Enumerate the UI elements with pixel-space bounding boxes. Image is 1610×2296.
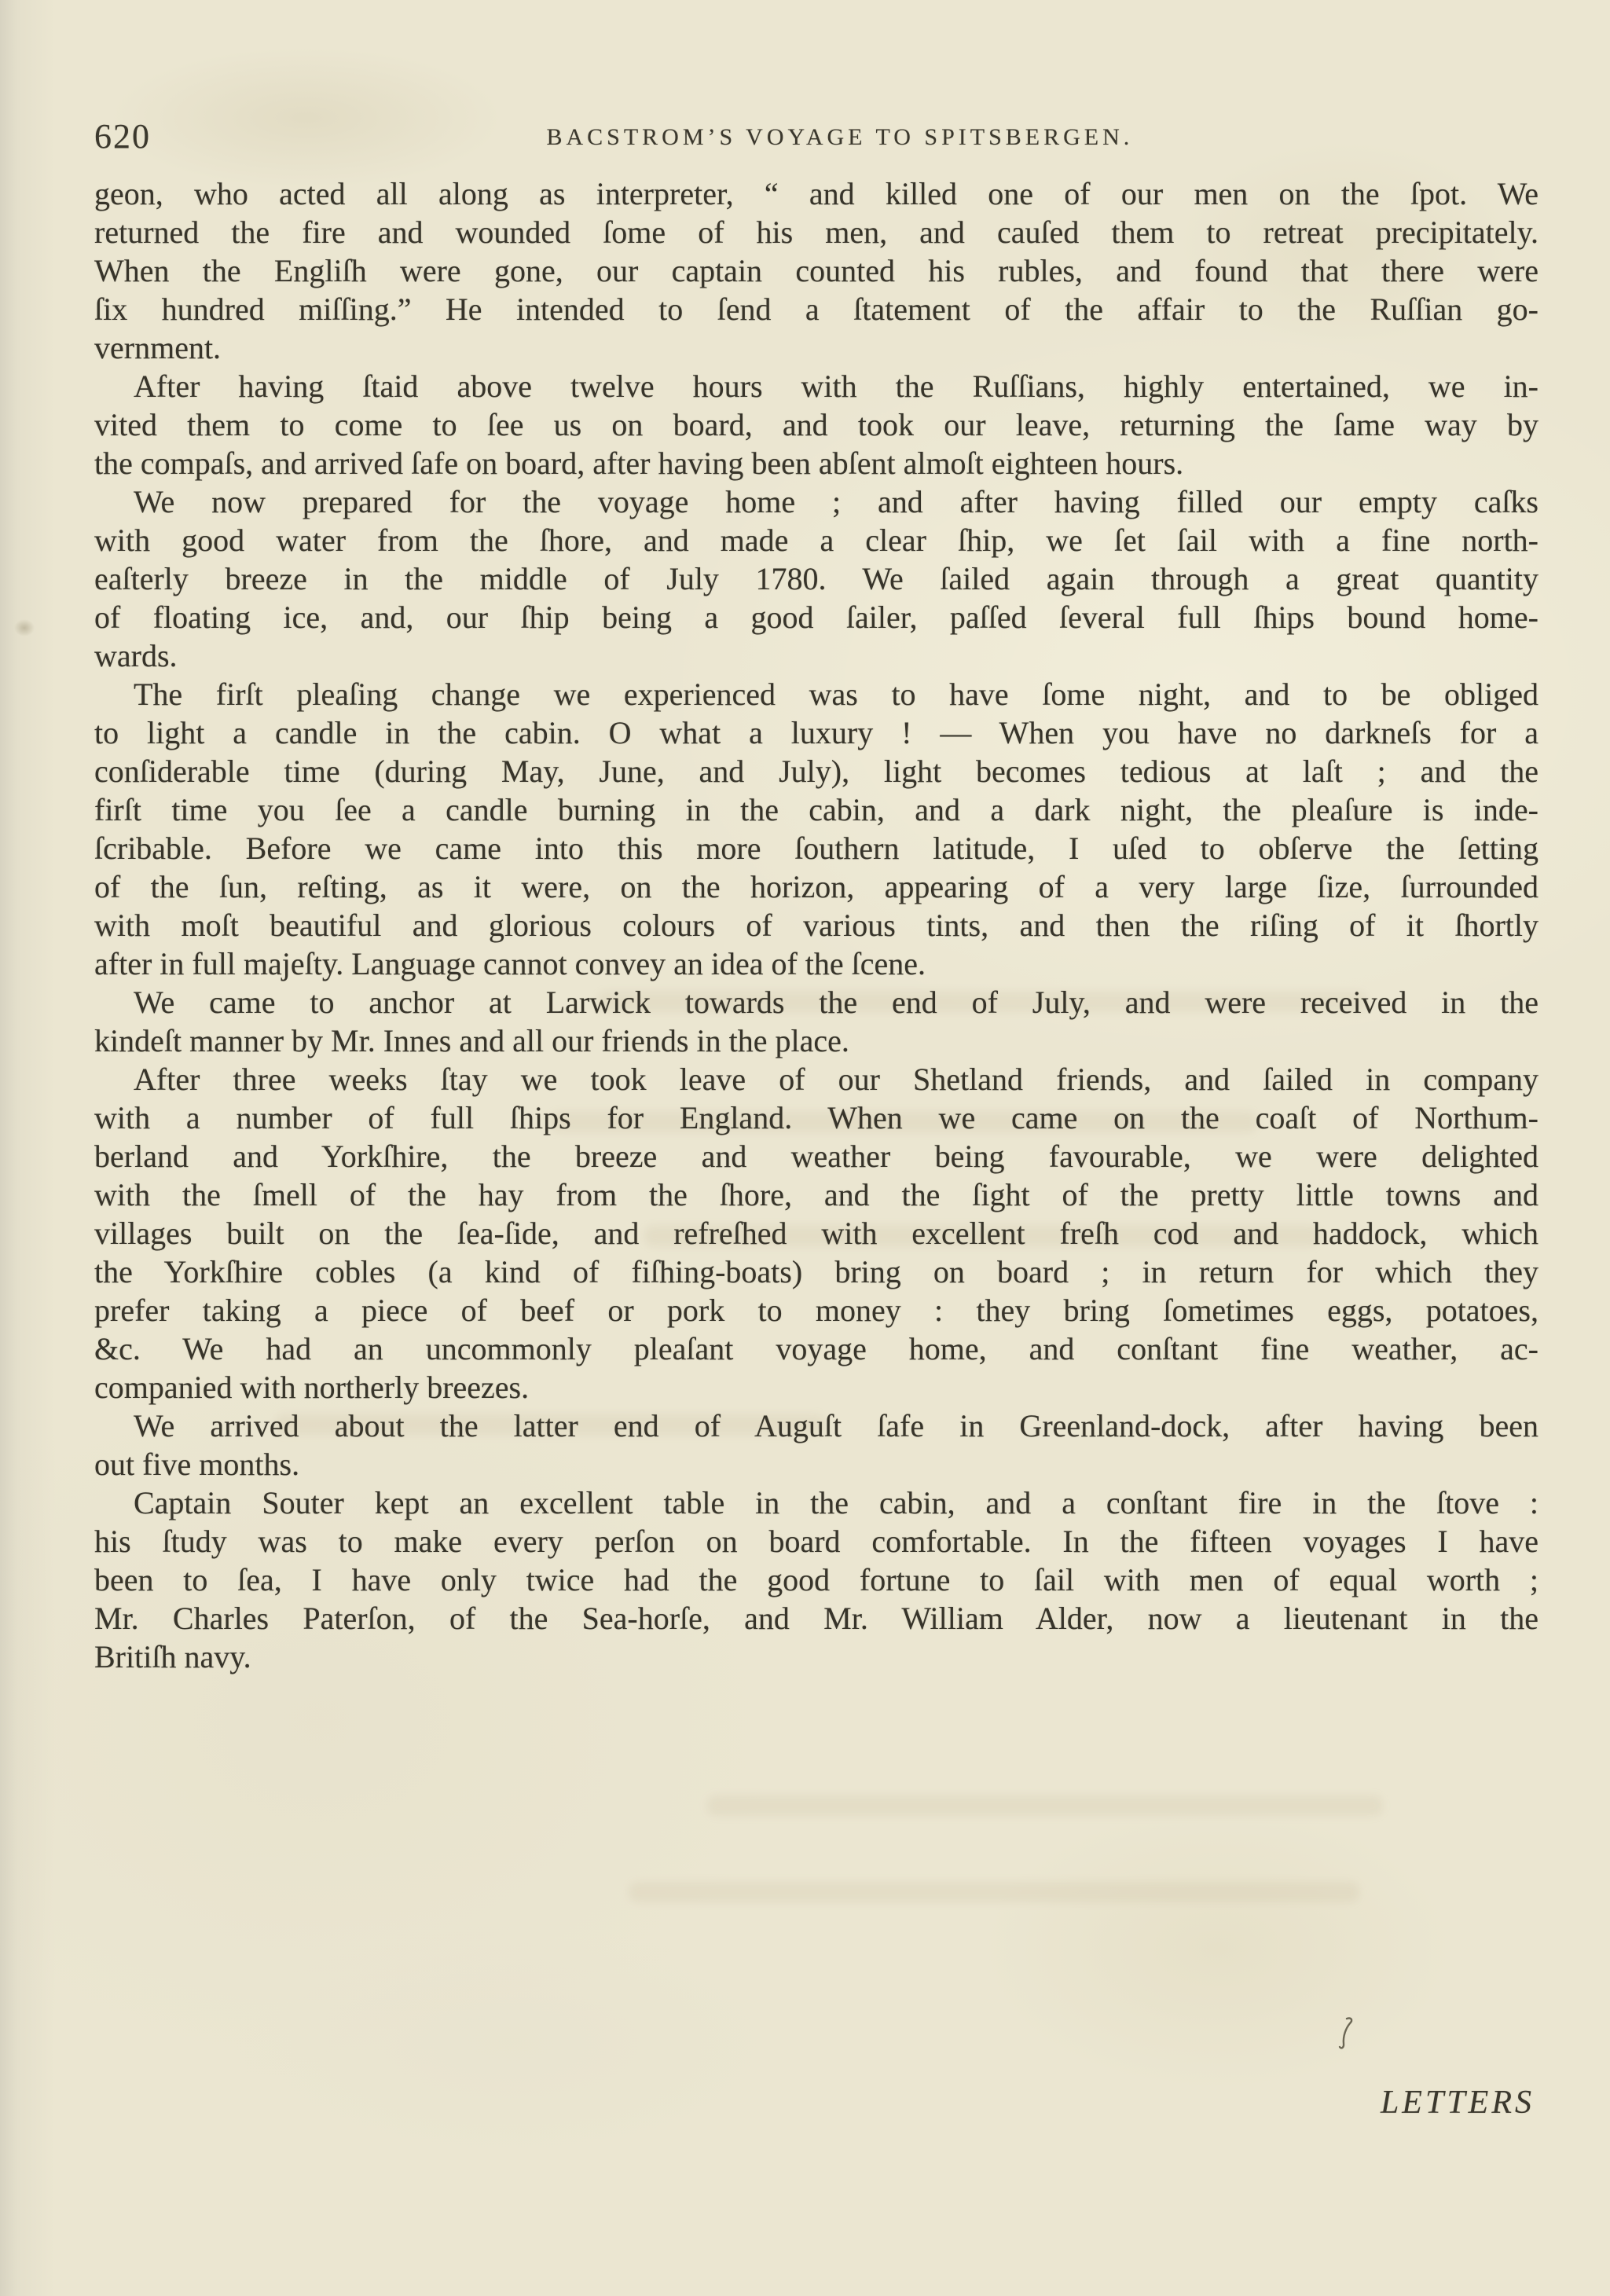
text-line: after in full majeſty. Language cannot c… bbox=[94, 944, 1538, 983]
text-line: out five months. bbox=[94, 1445, 1538, 1484]
margin-smudge bbox=[14, 619, 35, 636]
paragraph: After three weeks ſtay we took leave of … bbox=[94, 1060, 1538, 1407]
text-line: Mr. Charles Paterſon, of the Sea-horſe, … bbox=[94, 1599, 1538, 1638]
text-line: to light a candle in the cabin. O what a… bbox=[94, 713, 1538, 752]
text-line: kindeſt manner by Mr. Innes and all our … bbox=[94, 1021, 1538, 1060]
text-line: with good water from the ſhore, and made… bbox=[94, 521, 1538, 559]
text-line: We now prepared for the voyage home ; an… bbox=[94, 482, 1538, 521]
text-line: Captain Souter kept an excellent table i… bbox=[94, 1484, 1538, 1522]
text-line: the compaſs, and arrived ſafe on board, … bbox=[94, 444, 1538, 482]
text-line: Britiſh navy. bbox=[94, 1638, 1538, 1676]
text-line: of floating ice, and, our ſhip being a g… bbox=[94, 598, 1538, 636]
paragraph: Captain Souter kept an excellent table i… bbox=[94, 1484, 1538, 1676]
ink-squiggle-mark bbox=[1336, 2015, 1356, 2052]
text-line: After three weeks ſtay we took leave of … bbox=[94, 1060, 1538, 1098]
text-line: We came to anchor at Larwick towards the… bbox=[94, 983, 1538, 1021]
text-line: prefer taking a piece of beef or pork to… bbox=[94, 1291, 1538, 1330]
text-line: eaſterly breeze in the middle of July 17… bbox=[94, 559, 1538, 598]
text-line: with a number of full ſhips for England.… bbox=[94, 1098, 1538, 1137]
text-line: geon, who acted all along as interpreter… bbox=[94, 174, 1538, 213]
book-page: 620 BACSTROM’S VOYAGE TO SPITSBERGEN. ge… bbox=[0, 0, 1610, 2296]
text-line: ſcribable. Before we came into this more… bbox=[94, 829, 1538, 867]
text-line: villages built on the ſea-ſide, and refr… bbox=[94, 1214, 1538, 1253]
text-line: ſix hundred miſſing.” He intended to ſen… bbox=[94, 290, 1538, 328]
body-text: geon, who acted all along as interpreter… bbox=[94, 174, 1538, 1676]
text-line: &c. We had an uncommonly pleaſant voyage… bbox=[94, 1330, 1538, 1368]
paragraph: We came to anchor at Larwick towards the… bbox=[94, 983, 1538, 1060]
paper-stain bbox=[236, 1925, 786, 2161]
text-line: firſt time you ſee a candle burning in t… bbox=[94, 790, 1538, 829]
text-line: companied with northerly breezes. bbox=[94, 1368, 1538, 1407]
paragraph: After having ſtaid above twelve hours wi… bbox=[94, 367, 1538, 482]
text-line: of the ſun, reſting, as it were, on the … bbox=[94, 867, 1538, 906]
show-through-smudge bbox=[629, 1882, 1359, 1902]
text-line: conſiderable time (during May, June, and… bbox=[94, 752, 1538, 790]
page-header: 620 BACSTROM’S VOYAGE TO SPITSBERGEN. bbox=[94, 116, 1538, 163]
text-line: We arrived about the latter end of Auguſ… bbox=[94, 1407, 1538, 1445]
text-line: After having ſtaid above twelve hours wi… bbox=[94, 367, 1538, 405]
catchword: LETTERS bbox=[1381, 2084, 1535, 2122]
text-line: with moſt beautiful and glorious colours… bbox=[94, 906, 1538, 944]
text-line: with the ſmell of the hay from the ſhore… bbox=[94, 1176, 1538, 1214]
text-line: his ſtudy was to make every perſon on bo… bbox=[94, 1522, 1538, 1561]
paragraph: geon, who acted all along as interpreter… bbox=[94, 174, 1538, 367]
show-through-smudge bbox=[707, 1795, 1383, 1816]
text-line: berland and Yorkſhire, the breeze and we… bbox=[94, 1137, 1538, 1176]
text-line: When the Engliſh were gone, our captain … bbox=[94, 251, 1538, 290]
paragraph: The firſt pleaſing change we experienced… bbox=[94, 675, 1538, 983]
text-line: the Yorkſhire cobles (a kind of fiſhing-… bbox=[94, 1253, 1538, 1291]
text-line: vited them to come to ſee us on board, a… bbox=[94, 405, 1538, 444]
text-line: been to ſea, I have only twice had the g… bbox=[94, 1561, 1538, 1599]
text-line: wards. bbox=[94, 636, 1538, 675]
text-line: The firſt pleaſing change we experienced… bbox=[94, 675, 1538, 713]
page-number: 620 bbox=[94, 116, 151, 156]
paper-stain bbox=[982, 1807, 1454, 2090]
paragraph: We arrived about the latter end of Auguſ… bbox=[94, 1407, 1538, 1484]
running-title: BACSTROM’S VOYAGE TO SPITSBERGEN. bbox=[546, 124, 1133, 151]
paragraph: We now prepared for the voyage home ; an… bbox=[94, 482, 1538, 675]
text-line: vernment. bbox=[94, 328, 1538, 367]
text-line: returned the fire and wounded ſome of hi… bbox=[94, 213, 1538, 251]
